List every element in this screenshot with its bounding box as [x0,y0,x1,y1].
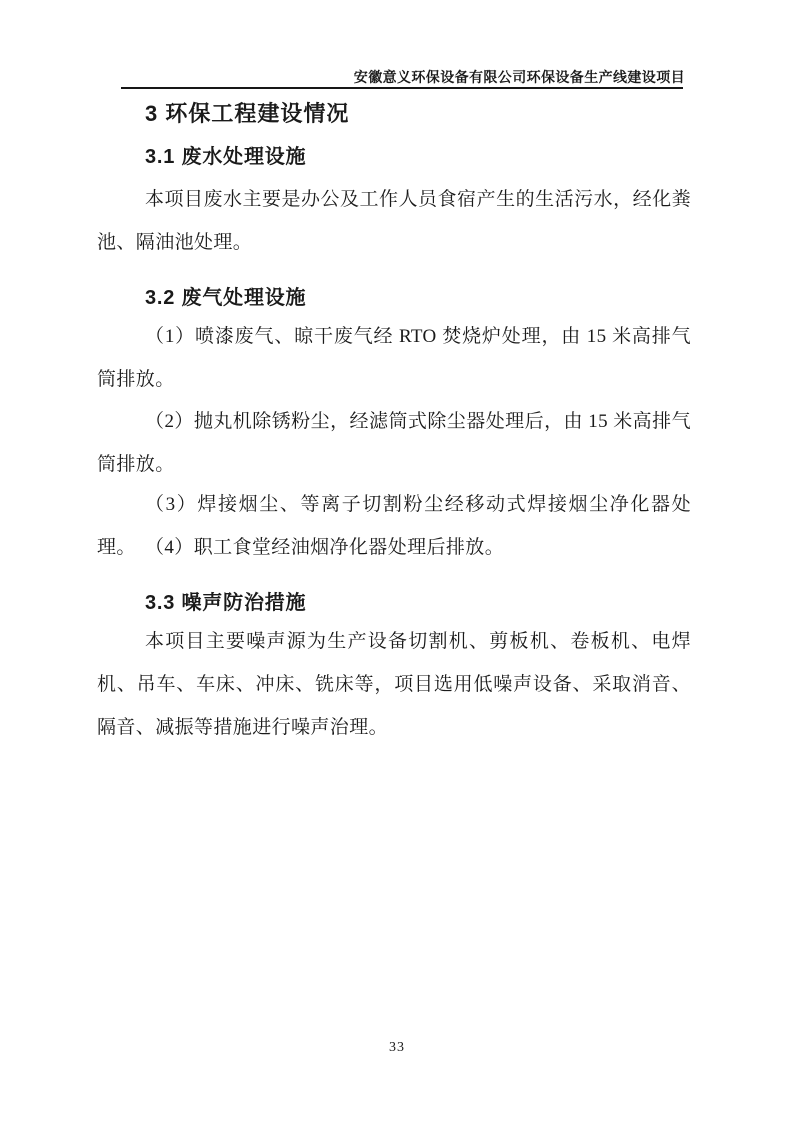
paragraph-wastewater: 本项目废水主要是办公及工作人员食宿产生的生活污水，经化粪池、隔油池处理。 [97,178,691,264]
section-heading-wastewater: 3.1 废水处理设施 [145,140,306,169]
paragraph-exhaust-item-2: （2）抛丸机除锈粉尘，经滤筒式除尘器处理后，由 15 米高排气筒排放。 [97,400,691,486]
page-number: 33 [389,1040,405,1055]
header-title: 安徽意义环保设备有限公司环保设备生产线建设项目 [354,67,685,87]
section-heading-noise: 3.3 噪声防治措施 [145,586,306,615]
section-heading-exhaust-gas: 3.2 废气处理设施 [145,281,306,310]
paragraph-noise: 本项目主要噪声源为生产设备切割机、剪板机、卷板机、电焊机、吊车、车床、冲床、铣床… [97,620,691,749]
paragraph-exhaust-item-1: （1）喷漆废气、晾干废气经 RTO 焚烧炉处理，由 15 米高排气筒排放。 [97,315,691,401]
main-section-title: 3 环保工程建设情况 [145,97,349,128]
document-page: 安徽意义环保设备有限公司环保设备生产线建设项目 3 环保工程建设情况 3.1 废… [0,0,794,1123]
header-divider [121,87,683,89]
paragraph-exhaust-item-4: （4）职工食堂经油烟净化器处理后排放。 [97,526,691,569]
page-footer: 33 [0,1040,794,1056]
